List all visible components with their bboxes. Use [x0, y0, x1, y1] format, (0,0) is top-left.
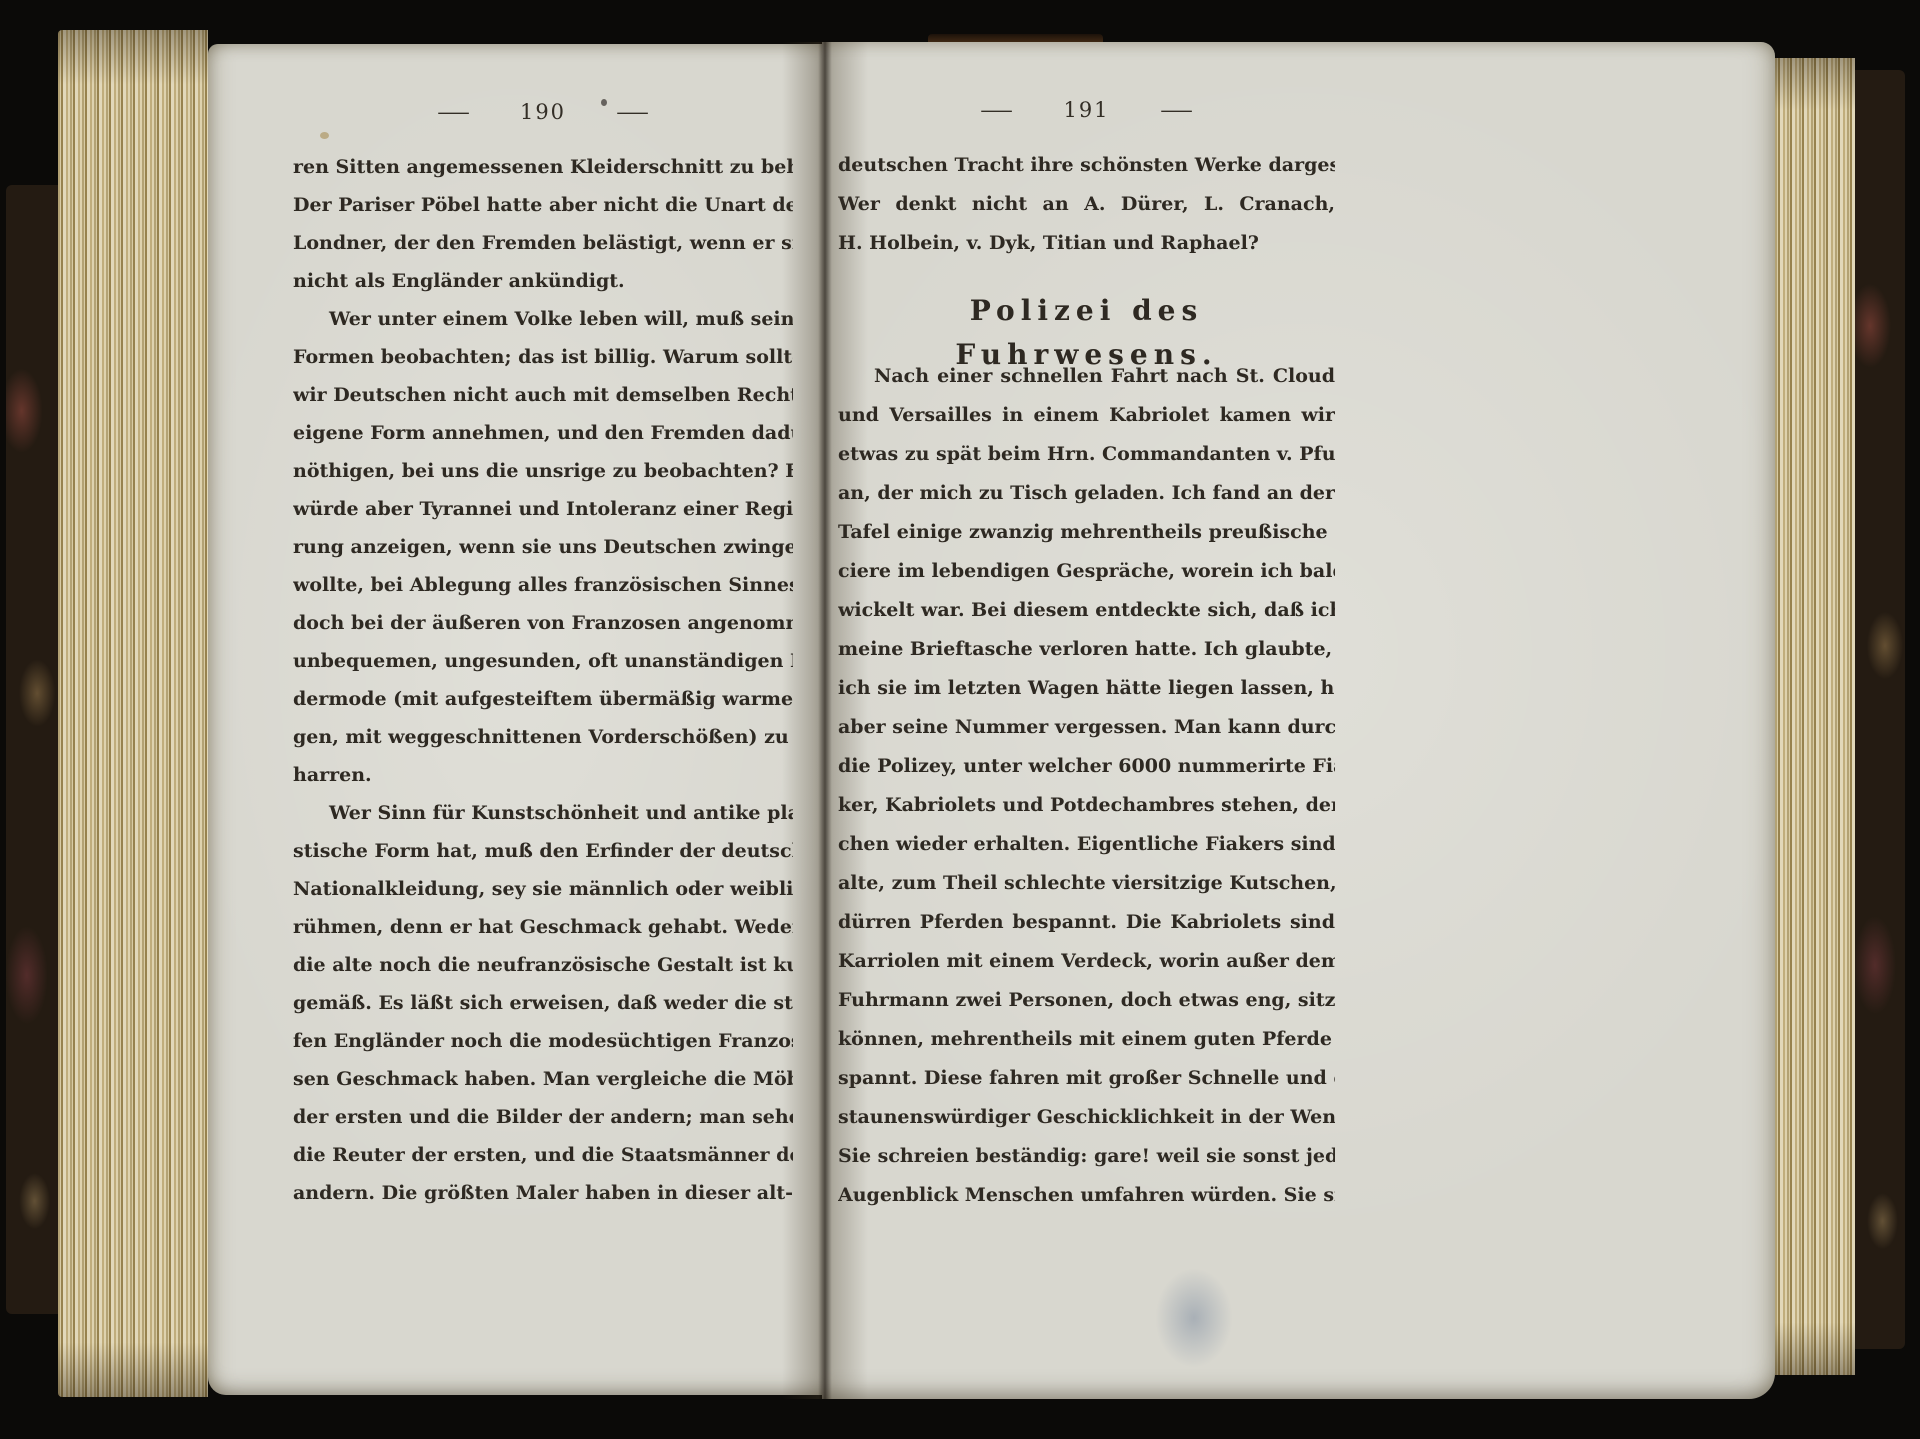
text-line: wir Deutschen nicht auch mit demselben R… [293, 376, 793, 414]
text-line: Wer denkt nicht an A. Dürer, L. Cranach, [838, 185, 1335, 224]
text-line: und Versailles in einem Kabriolet kamen … [838, 396, 1335, 435]
header-dash: — [1159, 98, 1193, 122]
text-line: wollte, bei Ablegung alles französischen… [293, 566, 793, 604]
text-line: rung anzeigen, wenn sie uns Deutschen zw… [293, 528, 793, 566]
text-line: ciere im lebendigen Gespräche, worein ic… [838, 552, 1335, 591]
text-line: die Polizey, unter welcher 6000 nummerir… [838, 747, 1335, 786]
text-line: rühmen, denn er hat Geschmack gehabt. We… [293, 908, 793, 946]
text-line: der ersten und die Bilder der andern; ma… [293, 1098, 793, 1136]
text-line: ren Sitten angemessenen Kleiderschnitt z… [293, 148, 793, 186]
text-line: deutschen Tracht ihre schönsten Werke da… [838, 146, 1335, 185]
right-page-text: deutschen Tracht ihre schönsten Werke da… [838, 146, 1335, 1215]
text-line: an, der mich zu Tisch geladen. Ich fand … [838, 474, 1335, 513]
page-header-left: — 190 — [293, 100, 793, 124]
text-line: Londner, der den Fremden belästigt, wenn… [293, 224, 793, 262]
page-stack-edge-right [1775, 58, 1855, 1375]
text-line: staunenswürdiger Geschicklichkeit in der… [838, 1098, 1335, 1137]
book-photo: — 190 — ren Sitten angemessenen Kleiders… [0, 0, 1920, 1439]
left-page-text: ren Sitten angemessenen Kleiderschnitt z… [293, 148, 793, 1212]
right-page-body: Nach einer schnellen Fahrt nach St. Clou… [838, 357, 1335, 1215]
text-line: Der Pariser Pöbel hatte aber nicht die U… [293, 186, 793, 224]
text-line: nicht als Engländer ankündigt. [293, 262, 793, 300]
text-line: aber seine Nummer vergessen. Man kann du… [838, 708, 1335, 747]
text-line: alte, zum Theil schlechte viersitzige Ku… [838, 864, 1335, 903]
text-line: chen wieder erhalten. Eigentliche Fiaker… [838, 825, 1335, 864]
header-dash: — [616, 100, 650, 124]
text-line: spannt. Diese fahren mit großer Schnelle… [838, 1059, 1335, 1098]
page-number-right: 191 [1063, 98, 1109, 122]
text-line: ker, Kabriolets und Potdechambres stehen… [838, 786, 1335, 825]
text-line: fen Engländer noch die modesüchtigen Fra… [293, 1022, 793, 1060]
header-dash: — [980, 98, 1014, 122]
text-line: dürren Pferden bespannt. Die Kabriolets … [838, 903, 1335, 942]
text-line: stische Form hat, muß den Erfinder der d… [293, 832, 793, 870]
page-header-right: — 191 — [838, 98, 1335, 122]
text-line: gemäß. Es läßt sich erweisen, daß weder … [293, 984, 793, 1022]
paper-speck-brown [320, 132, 329, 139]
marbled-cover-left [6, 185, 58, 1314]
marbled-cover-right [1855, 70, 1905, 1349]
text-line: Wer Sinn für Kunstschönheit und antike p… [293, 794, 793, 832]
text-line: die alte noch die neufranzösische Gestal… [293, 946, 793, 984]
text-line: Karriolen mit einem Verdeck, worin außer… [838, 942, 1335, 981]
text-line: Tafel einige zwanzig mehrentheils preußi… [838, 513, 1335, 552]
header-dash: — [437, 100, 471, 124]
text-line: H. Holbein, v. Dyk, Titian und Raphael? [838, 224, 1335, 263]
text-line: meine Brieftasche verloren hatte. Ich gl… [838, 630, 1335, 669]
section-heading: Polizei des Fuhrwesens. [838, 289, 1335, 333]
text-line: dermode (mit aufgesteiftem übermäßig war… [293, 680, 793, 718]
text-line: Wer unter einem Volke leben will, muß se… [293, 300, 793, 338]
text-line: Formen beobachten; das ist billig. Warum… [293, 338, 793, 376]
text-line: etwas zu spät beim Hrn. Commandanten v. … [838, 435, 1335, 474]
right-page-intro: deutschen Tracht ihre schönsten Werke da… [838, 146, 1335, 263]
text-line: nöthigen, bei uns die unsrige zu beobach… [293, 452, 793, 490]
text-line: gen, mit weggeschnittenen Vorderschößen)… [293, 718, 793, 756]
text-line: Nach einer schnellen Fahrt nach St. Clou… [838, 357, 1335, 396]
text-line: Sie schreien beständig: gare! weil sie s… [838, 1137, 1335, 1176]
text-line: Augenblick Menschen umfahren würden. Sie… [838, 1176, 1335, 1215]
text-line: Nationalkleidung, sey sie männlich oder … [293, 870, 793, 908]
text-line: andern. Die größten Maler haben in diese… [293, 1174, 793, 1212]
text-line: die Reuter der ersten, und die Staatsmän… [293, 1136, 793, 1174]
text-line: doch bei der äußeren von Franzosen angen… [293, 604, 793, 642]
text-line: können, mehrentheils mit einem guten Pfe… [838, 1020, 1335, 1059]
text-line: würde aber Tyrannei und Intoleranz einer… [293, 490, 793, 528]
text-line: wickelt war. Bei diesem entdeckte sich, … [838, 591, 1335, 630]
text-line: ich sie im letzten Wagen hätte liegen la… [838, 669, 1335, 708]
text-line: Fuhrmann zwei Personen, doch etwas eng, … [838, 981, 1335, 1020]
text-line: harren. [293, 756, 793, 794]
text-line: unbequemen, ungesunden, oft unanständige… [293, 642, 793, 680]
page-number-left: 190 [520, 100, 566, 124]
page-stack-edge-left [58, 30, 208, 1397]
text-line: eigene Form annehmen, und den Fremden da… [293, 414, 793, 452]
text-line: sen Geschmack haben. Man vergleiche die … [293, 1060, 793, 1098]
